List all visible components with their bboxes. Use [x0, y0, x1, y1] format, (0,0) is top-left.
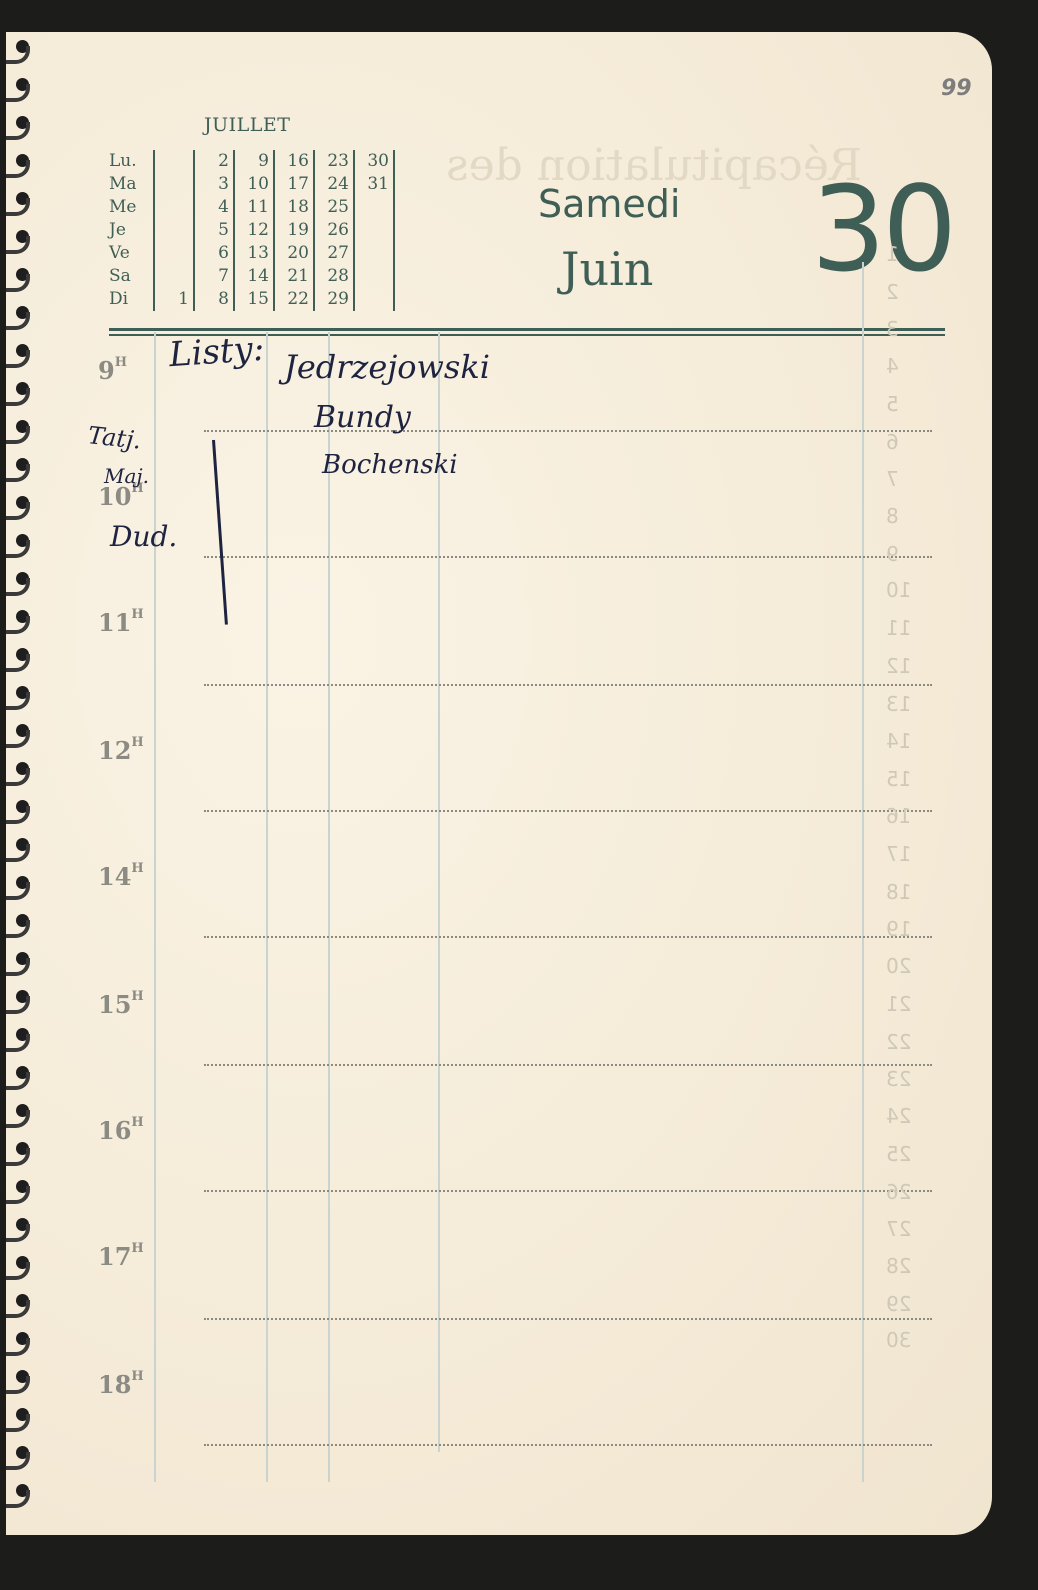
calendar-cell: 6 — [194, 242, 234, 265]
calendar-cell: 29 — [314, 288, 354, 311]
calendar-cell — [154, 242, 194, 265]
hour-label: 18H — [98, 1370, 144, 1399]
calendar-cell — [354, 219, 394, 242]
bleed-number: 7 — [886, 467, 899, 491]
calendar-cell: 2 — [194, 150, 234, 173]
bleed-number: 5 — [886, 392, 899, 416]
bleed-number: 6 — [886, 430, 899, 454]
calendar-cell: 30 — [354, 150, 394, 173]
calendar-cell: 27 — [314, 242, 354, 265]
hour-separator — [204, 1190, 932, 1192]
bleed-number: 30 — [886, 1328, 911, 1352]
bleed-number: 22 — [886, 1030, 911, 1054]
page-number: 99 — [941, 76, 972, 101]
calendar-cell: 13 — [234, 242, 274, 265]
handwritten-listy: Listy: — [168, 329, 266, 376]
hour-separator — [204, 684, 932, 686]
bleed-number: 24 — [886, 1104, 911, 1128]
hour-separator — [204, 556, 932, 558]
bleed-number: 8 — [886, 504, 899, 528]
calendar-cell — [154, 196, 194, 219]
pen-stroke — [212, 440, 228, 625]
calendar-cell — [354, 288, 394, 311]
bleed-number: 26 — [886, 1180, 911, 1204]
bleed-number: 14 — [886, 729, 911, 753]
calendar-cell: 19 — [274, 219, 314, 242]
calendar-cell: 7 — [194, 265, 234, 288]
diary-page: Récapitulation des 99 JUILLET Lu. 2 9 16… — [6, 32, 992, 1535]
hour-separator — [204, 810, 932, 812]
calendar-cell: 25 — [314, 196, 354, 219]
calendar-cell — [154, 173, 194, 196]
calendar-cell: 12 — [234, 219, 274, 242]
bleed-number: 18 — [886, 880, 911, 904]
calendar-row: Ve 6 13 20 27 — [106, 242, 394, 265]
bleed-number: 28 — [886, 1254, 911, 1278]
handwritten-name: Jedrzejowski — [284, 348, 490, 386]
calendar-day-label: Ve — [106, 242, 154, 265]
calendar-cell: 20 — [274, 242, 314, 265]
calendar-cell: 4 — [194, 196, 234, 219]
column-line — [328, 332, 330, 1482]
spiral-binding — [0, 40, 40, 1520]
calendar-cell: 23 — [314, 150, 354, 173]
handwritten-margin-note: Dud. — [110, 520, 177, 553]
calendar-day-label: Je — [106, 219, 154, 242]
calendar-cell: 5 — [194, 219, 234, 242]
handwritten-name: Bochenski — [322, 450, 458, 480]
hour-label: 15H — [98, 990, 144, 1019]
bleed-number: 27 — [886, 1217, 911, 1241]
bleed-number: 20 — [886, 954, 911, 978]
weekday-label: Samedi — [538, 182, 680, 226]
calendar-cell: 17 — [274, 173, 314, 196]
bleed-number: 3 — [886, 317, 899, 341]
calendar-day-label: Lu. — [106, 150, 154, 173]
hour-label: 17H — [98, 1242, 144, 1271]
calendar-cell: 26 — [314, 219, 354, 242]
bleed-number: 1 — [886, 242, 899, 266]
calendar-cell: 9 — [234, 150, 274, 173]
mini-calendar: Lu. 2 9 16 23 30 Ma 3 10 17 24 31 Me 4 — [106, 150, 395, 311]
bleed-number: 29 — [886, 1292, 911, 1316]
handwritten-margin-note: Tatj. — [87, 421, 143, 454]
mini-calendar-title: JUILLET — [204, 114, 290, 136]
calendar-row: Di 1 8 15 22 29 — [106, 288, 394, 311]
hour-label: 12H — [98, 736, 144, 765]
bleed-number: 10 — [886, 578, 911, 602]
calendar-row: Lu. 2 9 16 23 30 — [106, 150, 394, 173]
calendar-cell — [354, 265, 394, 288]
hour-label: 11H — [98, 608, 144, 637]
bleed-number: 4 — [886, 354, 899, 378]
month-label: Juin — [561, 242, 653, 296]
day-number: 30 — [811, 160, 953, 298]
hour-label: 16H — [98, 1116, 144, 1145]
calendar-cell: 3 — [194, 173, 234, 196]
calendar-cell: 14 — [234, 265, 274, 288]
calendar-cell: 16 — [274, 150, 314, 173]
calendar-cell: 18 — [274, 196, 314, 219]
calendar-day-label: Sa — [106, 265, 154, 288]
bleed-number: 11 — [886, 616, 911, 640]
calendar-row: Ma 3 10 17 24 31 — [106, 173, 394, 196]
calendar-cell — [154, 219, 194, 242]
calendar-row: Je 5 12 19 26 — [106, 219, 394, 242]
column-line — [154, 332, 156, 1482]
calendar-cell: 1 — [154, 288, 194, 311]
calendar-cell: 31 — [354, 173, 394, 196]
calendar-cell: 28 — [314, 265, 354, 288]
hour-separator — [204, 1064, 932, 1066]
hour-label: 14H — [98, 862, 144, 891]
calendar-cell — [354, 196, 394, 219]
calendar-row: Me 4 11 18 25 — [106, 196, 394, 219]
bleed-number: 15 — [886, 767, 911, 791]
calendar-cell: 22 — [274, 288, 314, 311]
calendar-cell — [354, 242, 394, 265]
column-line — [438, 332, 440, 1452]
calendar-cell — [154, 150, 194, 173]
calendar-row: Sa 7 14 21 28 — [106, 265, 394, 288]
bleed-number: 9 — [886, 542, 899, 566]
calendar-cell: 21 — [274, 265, 314, 288]
bleed-number: 12 — [886, 654, 911, 678]
calendar-cell — [154, 265, 194, 288]
hour-label: 9H — [98, 356, 127, 385]
calendar-day-label: Ma — [106, 173, 154, 196]
calendar-cell: 11 — [234, 196, 274, 219]
column-line — [266, 332, 268, 1482]
calendar-cell: 10 — [234, 173, 274, 196]
calendar-cell: 8 — [194, 288, 234, 311]
bleed-number: 13 — [886, 692, 911, 716]
handwritten-name: Bundy — [314, 400, 411, 435]
bleed-number: 19 — [886, 917, 911, 941]
bleed-number: 2 — [886, 280, 899, 304]
bleed-number: 17 — [886, 842, 911, 866]
column-line — [862, 262, 864, 1482]
hour-separator — [204, 936, 932, 938]
bleed-number: 16 — [886, 804, 911, 828]
hour-separator — [204, 1318, 932, 1320]
calendar-day-label: Me — [106, 196, 154, 219]
calendar-cell: 15 — [234, 288, 274, 311]
handwritten-margin-note: Maj. — [104, 464, 149, 488]
bleed-number: 23 — [886, 1067, 911, 1091]
bleed-number: 21 — [886, 992, 911, 1016]
calendar-cell: 24 — [314, 173, 354, 196]
bleed-number: 25 — [886, 1142, 911, 1166]
calendar-day-label: Di — [106, 288, 154, 311]
hour-separator — [204, 1444, 932, 1446]
